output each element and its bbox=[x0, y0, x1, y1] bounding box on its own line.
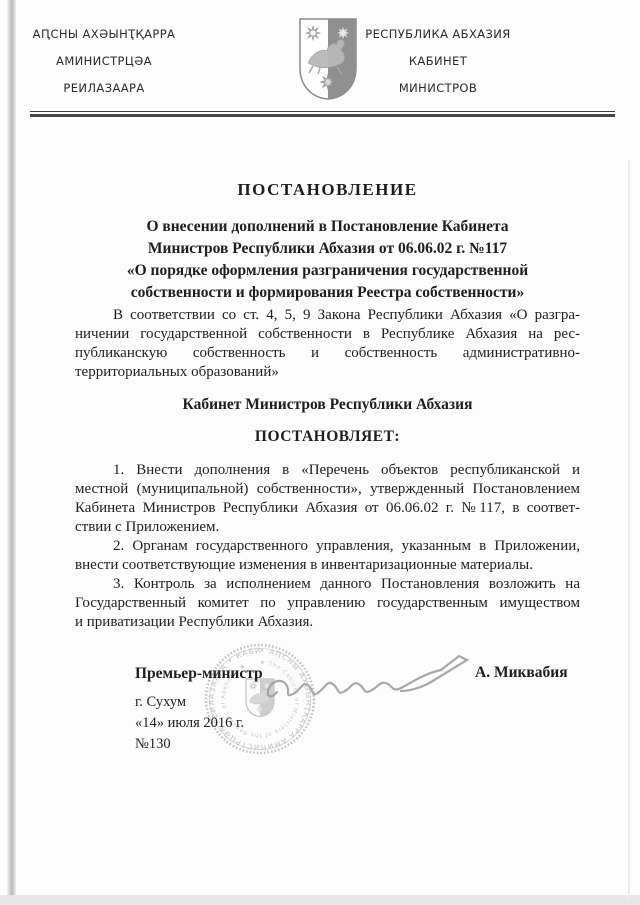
signature-role: Премьер-министр bbox=[135, 665, 263, 683]
document-page: АԤСНЫ АХӘЫНҬҚАРРА АМИНИСТРЦӘА РЕИЛАЗААРА… bbox=[0, 0, 640, 905]
issuer-line: Кабинет Министров Республики Абхазия bbox=[75, 396, 580, 414]
decree-items: 1. Внести дополнения в «Перечень объекто… bbox=[75, 461, 580, 632]
letterhead-russian-line: РЕСПУБЛИКА АБХАЗИЯ bbox=[356, 21, 520, 48]
signature-name: А. Миквабия bbox=[475, 664, 568, 682]
letterhead-separator-rule bbox=[30, 111, 615, 117]
signature-number: №130 bbox=[135, 736, 171, 753]
letterhead-abkhaz-line: АԤСНЫ АХӘЫНҬҚАРРА bbox=[28, 21, 180, 48]
signature-place: г. Сухум bbox=[135, 694, 186, 711]
letterhead-russian-line: КАБИНЕТ bbox=[356, 48, 520, 75]
decree-item-3: 3. Контроль за исполнением данного Поста… bbox=[75, 575, 580, 632]
scan-edge-left bbox=[7, 0, 16, 905]
letterhead-abkhaz-line: РЕИЛАЗААРА bbox=[28, 75, 180, 102]
signature-date: «14» июля 2016 г. bbox=[135, 715, 244, 732]
intro-paragraph: В соответствии со ст. 4, 5, 9 Закона Рес… bbox=[75, 306, 580, 382]
document-subtitle: О внесении дополнений в Постановление Ка… bbox=[75, 216, 580, 304]
resolves-word: ПОСТАНОВЛЯЕТ: bbox=[75, 428, 580, 446]
coat-of-arms-icon bbox=[297, 16, 359, 102]
scan-edge-bottom bbox=[0, 895, 640, 905]
decree-item-2: 2. Органам государственного управления, … bbox=[75, 537, 580, 575]
letterhead-abkhaz-line: АМИНИСТРЦӘА bbox=[28, 48, 180, 75]
document-title: ПОСТАНОВЛЕНИЕ bbox=[75, 180, 580, 200]
decree-item-1: 1. Внести дополнения в «Перечень объекто… bbox=[75, 461, 580, 537]
letterhead-abkhaz: АԤСНЫ АХӘЫНҬҚАРРА АМИНИСТРЦӘА РЕИЛАЗААРА bbox=[28, 21, 180, 102]
signature-scrawl bbox=[263, 646, 478, 708]
letterhead-russian: РЕСПУБЛИКА АБХАЗИЯ КАБИНЕТ МИНИСТРОВ bbox=[356, 21, 520, 102]
scan-edge-right bbox=[628, 160, 630, 900]
letterhead-russian-line: МИНИСТРОВ bbox=[356, 75, 520, 102]
